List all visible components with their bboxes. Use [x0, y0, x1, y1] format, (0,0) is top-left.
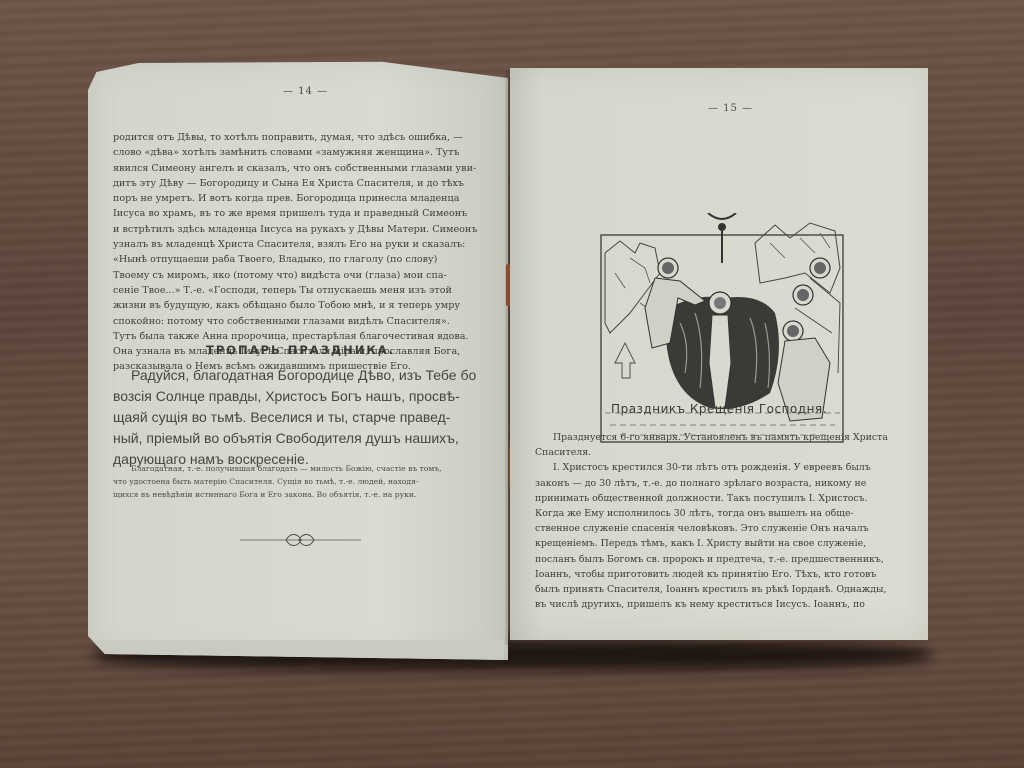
body-line: жизни въ будущую, какъ обѣщано было Тобо… — [113, 298, 488, 313]
body-line: спокойно: потому что собственными глазам… — [113, 314, 488, 329]
body-line: въ числѣ другихъ, пришелъ къ нему крести… — [535, 597, 903, 612]
body-line: Іисуса во храмъ, въ то же время пришелъ … — [113, 206, 488, 221]
body-line: ственное служеніе спасенія человѣковъ. Э… — [535, 521, 903, 536]
body-line: родится отъ Дѣвы, то хотѣлъ поправить, д… — [113, 130, 488, 145]
left-page-number: — 14 — — [283, 86, 328, 97]
right-page: — 15 — Празд — [510, 68, 928, 640]
body-line: принимать общественной должности. Такъ п… — [535, 491, 903, 506]
troparion-line: возсія Солнце правды, Христосъ Богъ нашъ… — [113, 386, 491, 407]
body-line: Твоему съ миромъ, яко (потому что) видѣс… — [113, 268, 488, 283]
feast-heading: Праздникъ Крещенія Господня. — [530, 402, 908, 416]
body-line: законъ — до 30 лѣтъ, т.-е. до полнаго зр… — [535, 476, 903, 491]
left-page: — 14 — родится отъ Дѣвы, то хотѣлъ попра… — [88, 60, 508, 660]
section-heading-troparion: ТРОПАРЬ ПРАЗДНИКА. — [113, 343, 488, 357]
right-body-text: Празднуется 6-го января. Установленъ въ … — [535, 430, 903, 612]
body-line: Тутъ была также Анна пророчица, престарѣ… — [113, 329, 488, 344]
body-line: былъ принять Спасителя, Іоаннъ крестилъ … — [535, 582, 903, 597]
troparion-line: ный, пріемый во объятія Свободителя душъ… — [113, 428, 491, 449]
body-line: Спасителя. — [535, 445, 903, 460]
body-line: Іоаннъ, чтобы приготовить людей къ приня… — [535, 567, 903, 582]
left-body-text: родится отъ Дѣвы, то хотѣлъ поправить, д… — [113, 130, 488, 375]
body-line: сеніе Твое...» Т.-е. «Господи, теперь Ты… — [113, 283, 488, 298]
body-line: І. Христосъ крестился 30-ти лѣтъ отъ рож… — [535, 460, 903, 475]
end-flourish-ornament — [238, 530, 363, 550]
right-page-number: — 15 — — [708, 103, 753, 114]
troparion-line: щаяй сущія во тьмѣ. Веселися и ты, старч… — [113, 407, 491, 428]
body-line: «Нынѣ отпущаеши раба Твоего, Владыко, по… — [113, 252, 488, 267]
body-line: поръ не умретъ. И вотъ когда прев. Богор… — [113, 191, 488, 206]
troparion-text: Радуйся, благодатная Богородице Дѣво, из… — [113, 365, 491, 470]
body-line: посланъ былъ Богомъ св. пророкъ и предте… — [535, 552, 903, 567]
footnote-line: что удостоена быть матерію Спасителя. Су… — [113, 475, 491, 488]
footnote-line: Благодатная, т.-е. получившая благодать … — [113, 462, 491, 475]
body-line: и встрѣтилъ здѣсь младенца Іисуса на рук… — [113, 222, 488, 237]
body-line: слово «дѣва» хотѣлъ замѣнить словами «за… — [113, 145, 488, 160]
body-line: крещеніемъ. Передъ тѣмъ, какъ І. Христу … — [535, 536, 903, 551]
body-line: явился Симеону ангелъ и сказалъ, что онъ… — [113, 161, 488, 176]
footnote: Благодатная, т.-е. получившая благодать … — [113, 462, 491, 501]
body-line: Когда же Ему исполнилось 30 лѣтъ, тогда … — [535, 506, 903, 521]
footnote-line: щихся въ невѣдѣніи истиннаго Бога и Его … — [113, 488, 491, 501]
body-line: узналъ въ младенцѣ Христа Спасителя, взя… — [113, 237, 488, 252]
troparion-line: Радуйся, благодатная Богородице Дѣво, из… — [113, 365, 491, 386]
body-line: Празднуется 6-го января. Установленъ въ … — [535, 430, 903, 445]
body-line: дитъ эту Дѣву — Богородицу и Сына Ея Хри… — [113, 176, 488, 191]
